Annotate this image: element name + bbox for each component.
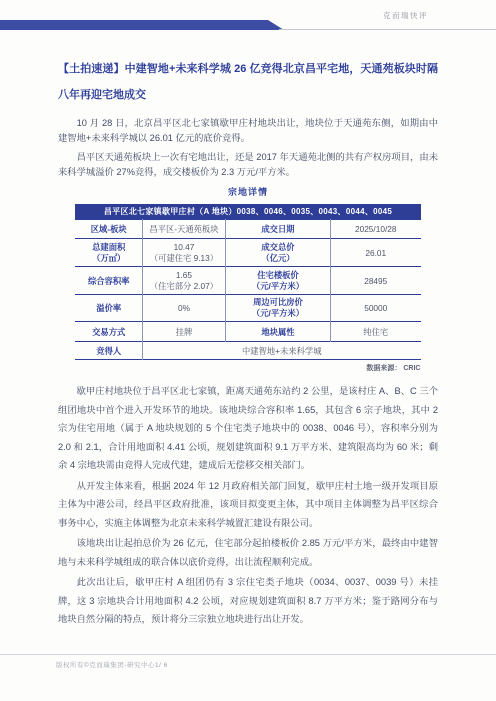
table-title: 宗地详情 <box>58 185 438 198</box>
table-row: 综合容积率 1.65 （住宅部分 2.07） 住宅楼板价 （元/平方米） 284… <box>75 267 420 295</box>
row-label: 住宅楼板价 （元/平方米） <box>225 267 330 295</box>
row-value: 10.47 （可建住宅 9.13） <box>142 239 225 267</box>
footer-text: 版权所有©克而瑞集团-研究中心1/ 6 <box>56 660 496 669</box>
row-value: 50000 <box>330 295 420 322</box>
intro-paragraph: 昌平区天通苑板块上一次有宅地出让，还是 2017 年天通苑北侧的共有产权房项目，… <box>58 150 438 179</box>
page-header: 克而瑞快评 <box>0 0 496 32</box>
data-source-value: CRIC <box>403 365 420 372</box>
analysis-paragraph: 该地块出让起拍总价为 26 亿元，住宅部分起拍楼板价 2.85 万元/平方米，最… <box>58 534 438 571</box>
row-label: 周边可比房价 （元/平方米） <box>225 295 330 322</box>
table-row: 区域-板块 昌平区-天通苑板块 成交日期 2025/10/28 <box>75 220 420 239</box>
data-source-label: 数据来源： <box>366 365 401 372</box>
row-value: 昌平区-天通苑板块 <box>142 220 225 239</box>
page-number: 1/ 6 <box>155 662 168 669</box>
row-label: 地块属性 <box>225 322 330 342</box>
table-row: 总建面积 （万㎡） 10.47 （可建住宅 9.13） 成交总价 （亿元） 26… <box>75 239 420 267</box>
row-value: 挂牌 <box>142 322 225 342</box>
analysis-paragraph: 从开发主体来看，根据 2024 年 12 月政府相关部门回复，歇甲庄村土地一级开… <box>58 477 438 533</box>
intro-paragraph: 10 月 28 日，北京昌平区北七家镇歇甲庄村地块出让，地块位于天通苑东侧，如期… <box>58 116 438 145</box>
header-accent-bar <box>0 20 284 30</box>
article-title: 【土拍速递】中建智地+未来科学城 26 亿竞得北京昌平宅地，天通苑板块时隔八年再… <box>58 56 438 108</box>
row-value: 0% <box>142 295 225 322</box>
row-value: 26.01 <box>330 239 420 267</box>
intro-section: 10 月 28 日，北京昌平区北七家镇歇甲庄村地块出让，地块位于天通苑东侧，如期… <box>58 116 438 179</box>
table-row: 溢价率 0% 周边可比房价 （元/平方米） 50000 <box>75 295 420 322</box>
row-label: 区域-板块 <box>75 220 142 239</box>
table-row: 竞得人 中建智地+未来科学城 <box>75 342 420 360</box>
analysis-paragraph: 歇甲庄村地块位于昌平区北七家镇，距离天通苑东站约 2 公里，是该村庄 A、B、C… <box>58 382 438 475</box>
data-source: 数据来源：CRIC <box>76 363 421 373</box>
table-header-row: 昌平区北七家镇歇甲庄村（A 地块）0038、0046、0035、0043、004… <box>75 204 420 220</box>
row-label: 成交日期 <box>225 220 330 239</box>
parcel-detail-table: 昌平区北七家镇歇甲庄村（A 地块）0038、0046、0035、0043、004… <box>75 204 420 360</box>
row-label: 成交总价 （亿元） <box>225 239 330 267</box>
row-value: 中建智地+未来科学城 <box>142 342 420 360</box>
row-label: 溢价率 <box>75 295 142 322</box>
row-label: 竞得人 <box>75 342 142 360</box>
row-value: 1.65 （住宅部分 2.07） <box>142 267 225 295</box>
copyright-text: 版权所有©克而瑞集团-研究中心 <box>56 662 155 669</box>
row-value: 28495 <box>330 267 420 295</box>
row-label: 总建面积 （万㎡） <box>75 239 142 267</box>
article-body: 【土拍速递】中建智地+未来科学城 26 亿竞得北京昌平宅地，天通苑板块时隔八年再… <box>58 50 438 631</box>
analysis-section: 歇甲庄村地块位于昌平区北七家镇，距离天通苑东站约 2 公里，是该村庄 A、B、C… <box>58 382 438 629</box>
page-footer: 版权所有©克而瑞集团-研究中心1/ 6 <box>0 654 496 669</box>
table-header-cell: 昌平区北七家镇歇甲庄村（A 地块）0038、0046、0035、0043、004… <box>75 204 420 220</box>
analysis-paragraph: 此次出让后，歇甲庄村 A 组团仍有 3 宗住宅类子地块（0034、0037、00… <box>58 573 438 629</box>
report-page: 克而瑞快评 【土拍速递】中建智地+未来科学城 26 亿竞得北京昌平宅地，天通苑板… <box>0 0 496 701</box>
row-value: 纯住宅 <box>330 322 420 342</box>
row-label: 交易方式 <box>75 322 142 342</box>
table-row: 交易方式 挂牌 地块属性 纯住宅 <box>75 322 420 342</box>
header-rule <box>279 29 496 30</box>
row-label: 综合容积率 <box>75 267 142 295</box>
row-value: 2025/10/28 <box>330 220 420 239</box>
brand-label: 克而瑞快评 <box>383 10 428 21</box>
